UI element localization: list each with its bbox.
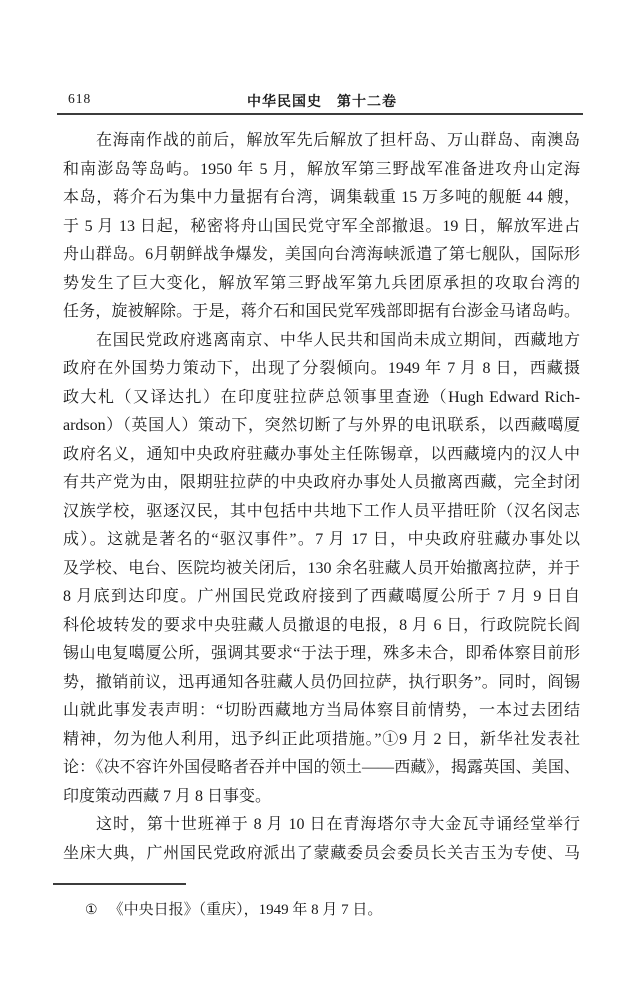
text-line: 任务，旋被解除。于是，蒋介石和国民党军残部即据有台澎金马诸岛屿。 <box>63 298 580 327</box>
footnote-marker: ① <box>85 903 98 918</box>
text-line: 势，撤销前议，迅再通知各驻藏人员仍回拉萨，执行职务”。同时，阎锡 <box>63 669 580 698</box>
text-line: 精神，勿为他人利用，迅予纠正此项措施。”①9 月 2 日，新华社发表社 <box>63 726 580 755</box>
text-line: 有共产党为由，限期驻拉萨的中央政府办事处人员撤离西藏，完全封闭 <box>63 469 580 498</box>
text-line: ardson）（英国人）策动下，突然切断了与外界的电讯联系，以西藏噶厦 <box>63 412 580 441</box>
text-line: 舟山群岛。6月朝鲜战争爆发，美国向台湾海峡派遣了第七舰队，国际形 <box>63 241 580 270</box>
footnote: ①《中央日报》（重庆），1949 年 8 月 7 日。 <box>85 899 565 922</box>
text-line: 8 月底到达印度。广州国民党政府接到了西藏噶厦公所于 7 月 9 日自 <box>63 583 580 612</box>
text-line: 锡山电复噶厦公所，强调其要求“于法于理，殊多未合，即希体察目前形 <box>63 640 580 669</box>
text-line: 在国民党政府逃离南京、中华人民共和国尚未成立期间，西藏地方 <box>63 327 580 356</box>
text-line: 于 5 月 13 日起，秘密将舟山国民党守军全部撤退。19 日，解放军进占 <box>63 213 580 242</box>
header-rule <box>57 113 583 115</box>
book-title: 中华民国史 第十二卷 <box>63 91 581 111</box>
text-line: 政大札（又译达扎）在印度驻拉萨总领事里查逊（Hugh Edward Rich- <box>63 384 580 413</box>
text-line: 坐床大典，广州国民党政府派出了蒙藏委员会委员长关吉玉为专使、马 <box>63 840 580 869</box>
text-line: 在海南作战的前后，解放军先后解放了担杆岛、万山群岛、南澳岛 <box>63 127 580 156</box>
text-line: 这时，第十世班禅于 8 月 10 日在青海塔尔寺大金瓦寺诵经堂举行 <box>63 811 580 840</box>
text-line: 山就此事发表声明：“切盼西藏地方当局体察目前情势，一本过去团结 <box>63 697 580 726</box>
text-line: 汉族学校，驱逐汉民，其中包括中共地下工作人员平措旺阶（汉名闵志 <box>63 498 580 527</box>
body-text: 在海南作战的前后，解放军先后解放了担杆岛、万山群岛、南澳岛和南澎岛等岛屿。195… <box>63 127 580 868</box>
text-line: 科伦坡转发的要求中央驻藏人员撤退的电报，8 月 6 日，行政院院长阎 <box>63 612 580 641</box>
book-page: 618 中华民国史 第十二卷 在海南作战的前后，解放军先后解放了担杆岛、万山群岛… <box>0 0 644 1000</box>
text-line: 政府名义，通知中央政府驻藏办事处主任陈锡章，以西藏境内的汉人中 <box>63 441 580 470</box>
text-line: 及学校、电台、医院均被关闭后，130 余名驻藏人员开始撤离拉萨，并于 <box>63 555 580 584</box>
text-line: 本岛，蒋介石为集中力量据有台湾，调集载重 15 万多吨的舰艇 44 艘， <box>63 184 580 213</box>
footnote-divider <box>53 883 186 885</box>
text-line: 成）。这就是著名的“驱汉事件”。7 月 17 日，中央政府驻藏办事处以 <box>63 526 580 555</box>
footnote-text: 《中央日报》（重庆），1949 年 8 月 7 日。 <box>109 902 383 918</box>
text-line: 印度策动西藏 7 月 8 日事变。 <box>63 783 580 812</box>
text-line: 势发生了巨大变化，解放军第三野战军第九兵团原承担的攻取台湾的 <box>63 270 580 299</box>
page-header: 618 中华民国史 第十二卷 <box>63 91 581 109</box>
text-line: 论：《决不容许外国侵略者吞并中国的领土——西藏》，揭露英国、美国、 <box>63 754 580 783</box>
text-line: 和南澎岛等岛屿。1950 年 5 月，解放军第三野战军准备进攻舟山定海 <box>63 156 580 185</box>
text-line: 政府在外国势力策动下，出现了分裂倾向。1949 年 7 月 8 日，西藏摄 <box>63 355 580 384</box>
